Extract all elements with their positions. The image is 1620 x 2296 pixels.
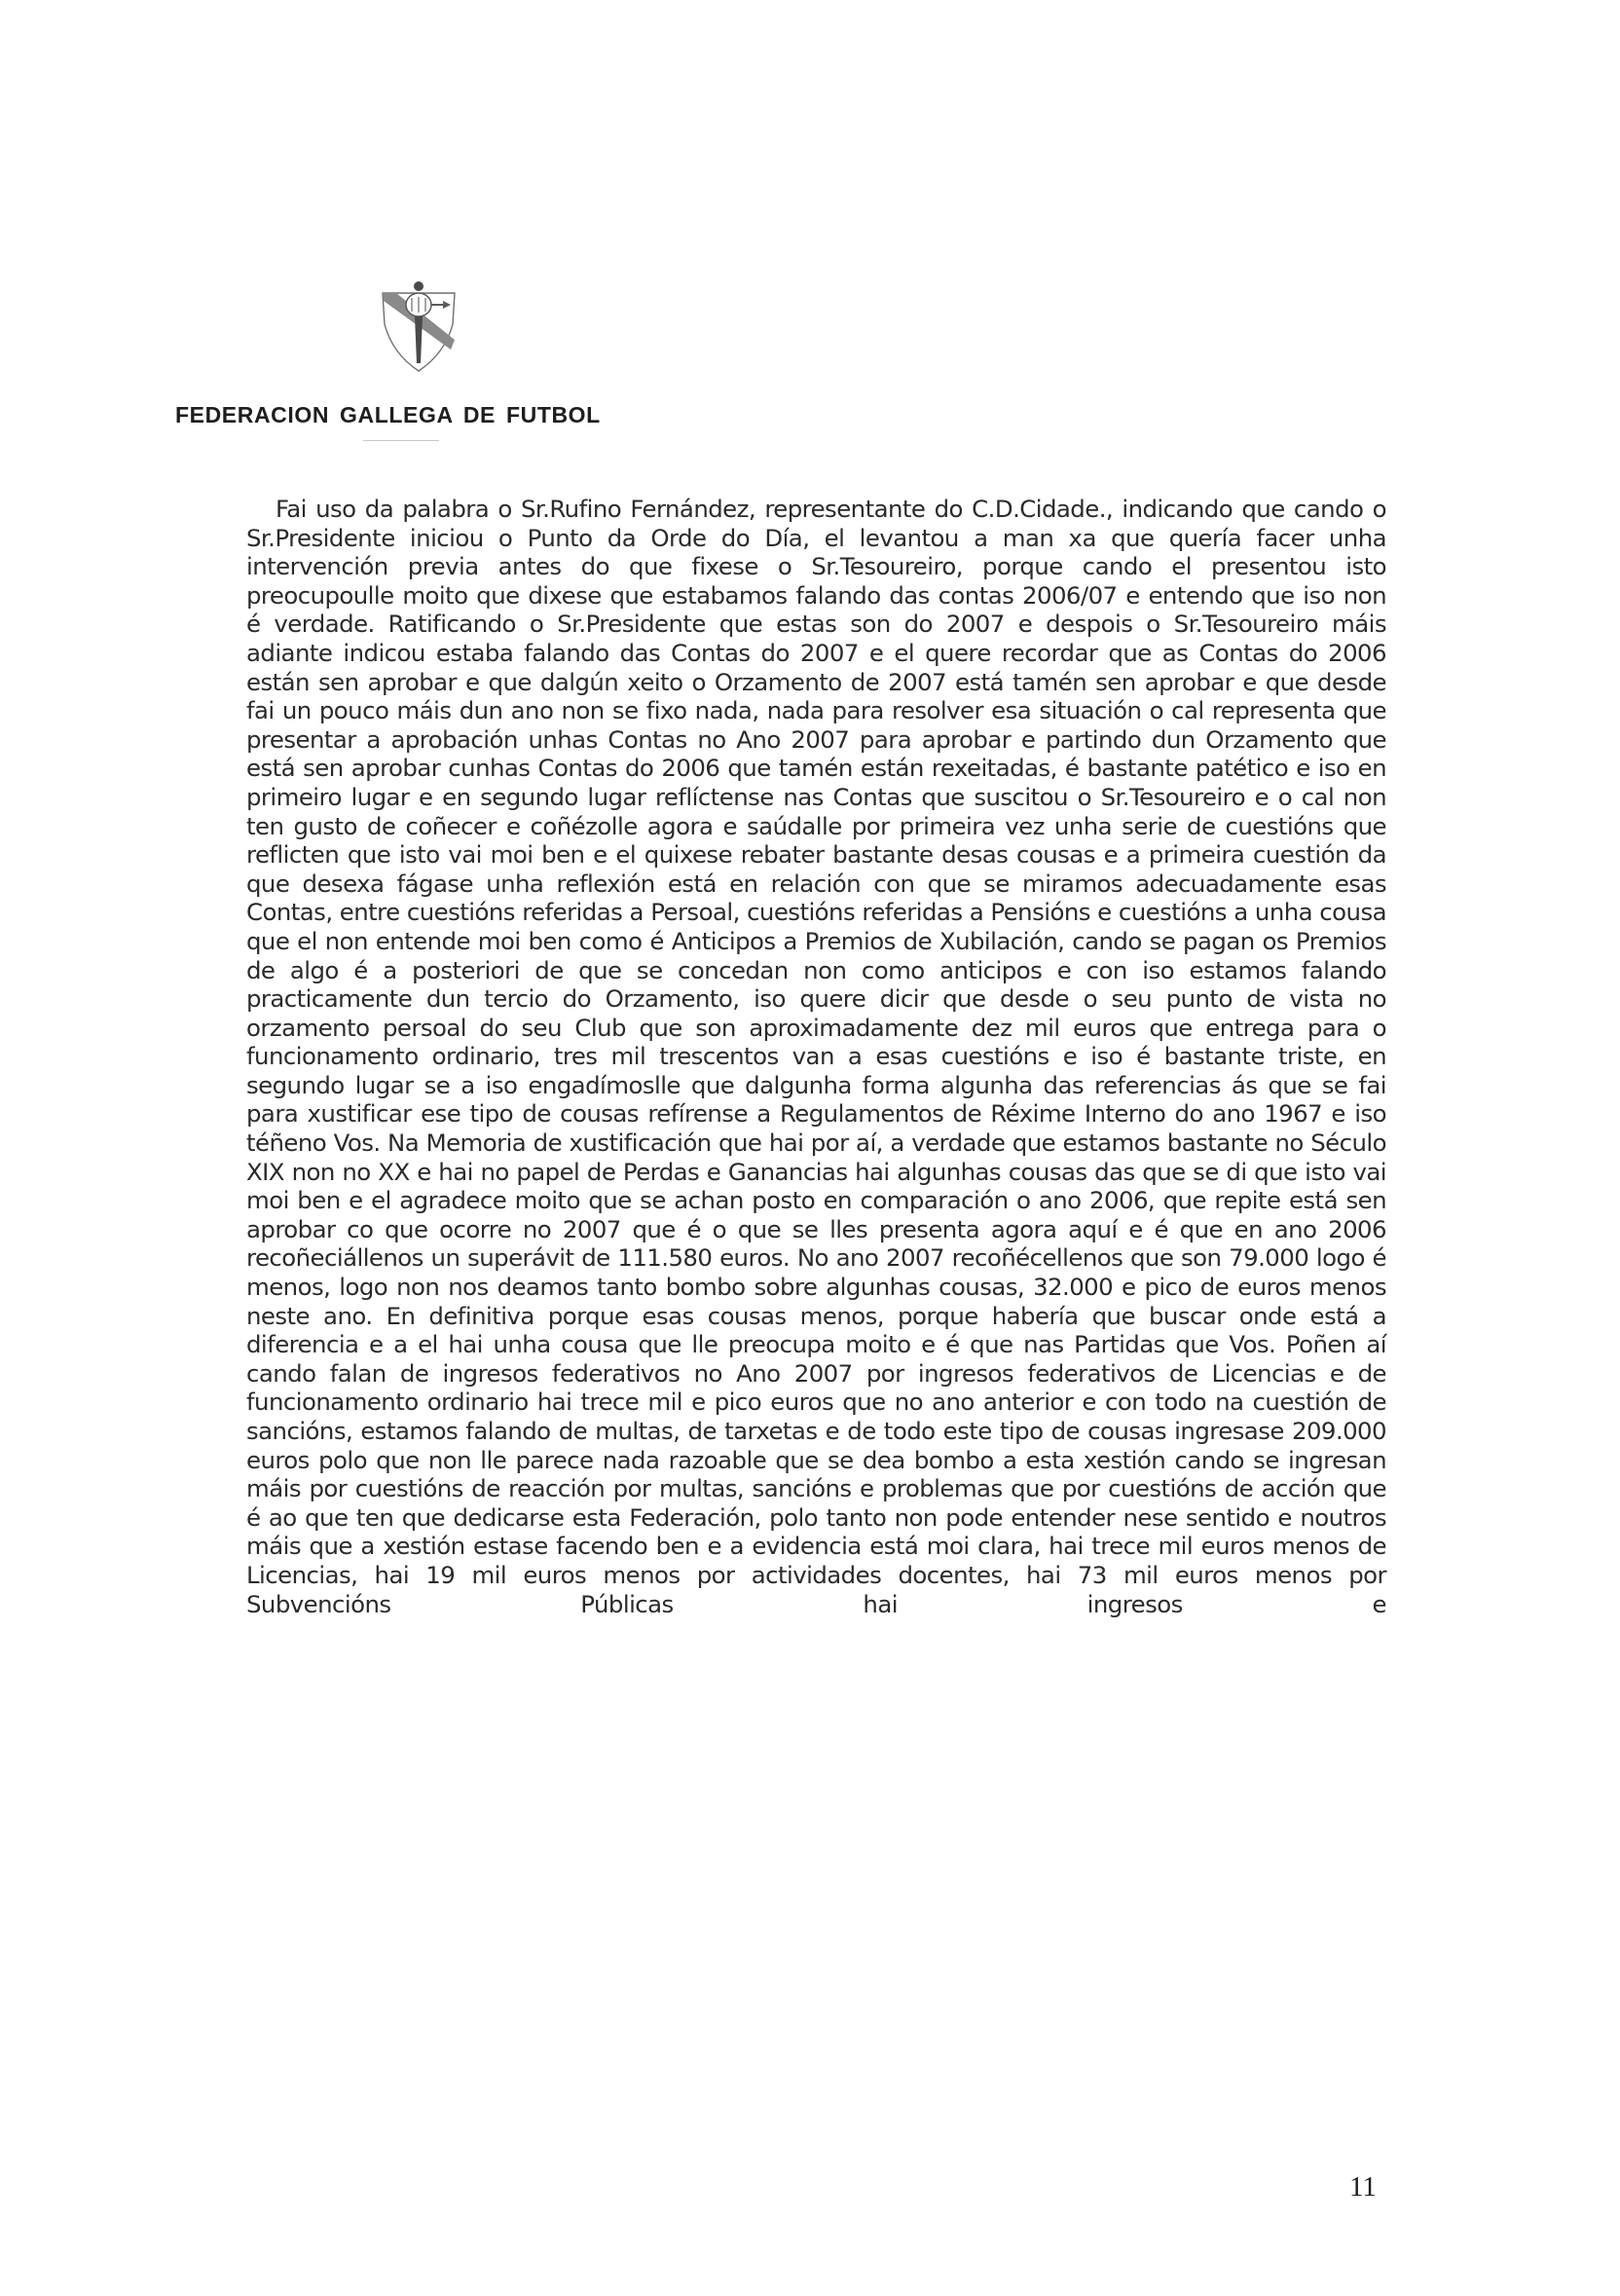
fgf-shield-crest-icon xyxy=(375,276,462,373)
header-divider xyxy=(363,440,439,441)
page-number: 11 xyxy=(1349,2171,1377,2203)
document-body: Fai uso da palabra o Sr.Rufino Fernández… xyxy=(246,495,1386,1618)
body-paragraph: Fai uso da palabra o Sr.Rufino Fernández… xyxy=(246,495,1386,1618)
organization-name: FEDERACION GALLEGA DE FUTBOL xyxy=(175,402,601,428)
fgf-crest-logo xyxy=(375,276,462,373)
